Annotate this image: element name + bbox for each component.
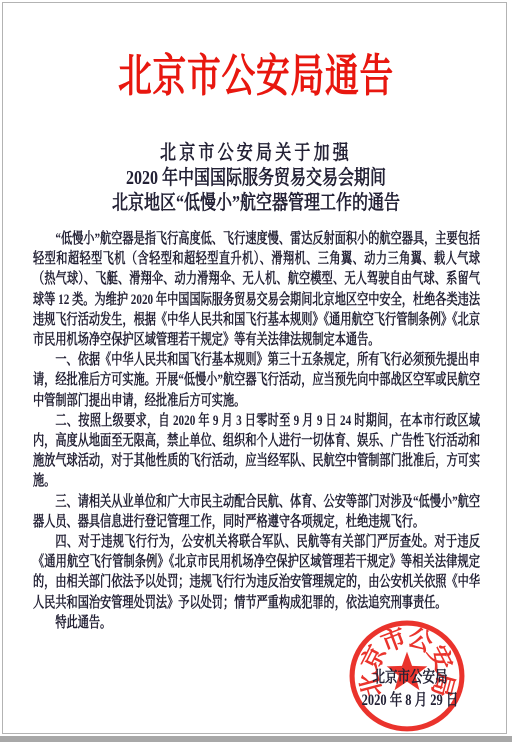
- notice-paragraph-item-2: 二、按照上级要求，自 2020 年 9 月 3 日零时至 9 月 9 日 24 …: [33, 411, 480, 492]
- signature-org: 北京市公安局: [340, 666, 480, 689]
- notice-paragraph-item-4: 四、对于违规飞行行为，公安机关将联合军队、民航等有关部门严厉查处。对于违反《通用…: [33, 532, 480, 613]
- notice-body: “低慢小”航空器是指飞行高度低、飞行速度慢、雷达反射面积小的航空器具，主要包括轻…: [33, 229, 480, 633]
- subtitle-line-1: 北京市公安局关于加强: [51, 141, 461, 166]
- notice-paragraph-intro: “低慢小”航空器是指飞行高度低、飞行速度慢、雷达反射面积小的航空器具，主要包括轻…: [33, 229, 480, 350]
- notice-subtitle: 北京市公安局关于加强 2020 年中国国际服务贸易交易会期间 北京地区“低慢小”…: [51, 141, 461, 216]
- notice-paragraph-item-3: 三、请相关从业单位和广大市民主动配合民航、体育、公安等部门对涉及“低慢小”航空器…: [33, 492, 480, 532]
- subtitle-line-3: 北京地区“低慢小”航空器管理工作的通告: [51, 191, 461, 216]
- signature-block: 北京市公安局 2020 年 8 月 29 日: [340, 666, 480, 712]
- notice-title: 北京市公安局通告: [64, 46, 448, 106]
- scanned-notice-image: { "colors": { "title_red": "#e8170f", "i…: [0, 0, 512, 742]
- signature-date: 2020 年 8 月 29 日: [340, 689, 480, 712]
- notice-paragraph-item-1: 一、依据《中华人民共和国飞行基本规则》第三十五条规定，所有飞行必须预先提出申请，…: [33, 350, 480, 411]
- subtitle-line-2: 2020 年中国国际服务贸易交易会期间: [51, 166, 461, 191]
